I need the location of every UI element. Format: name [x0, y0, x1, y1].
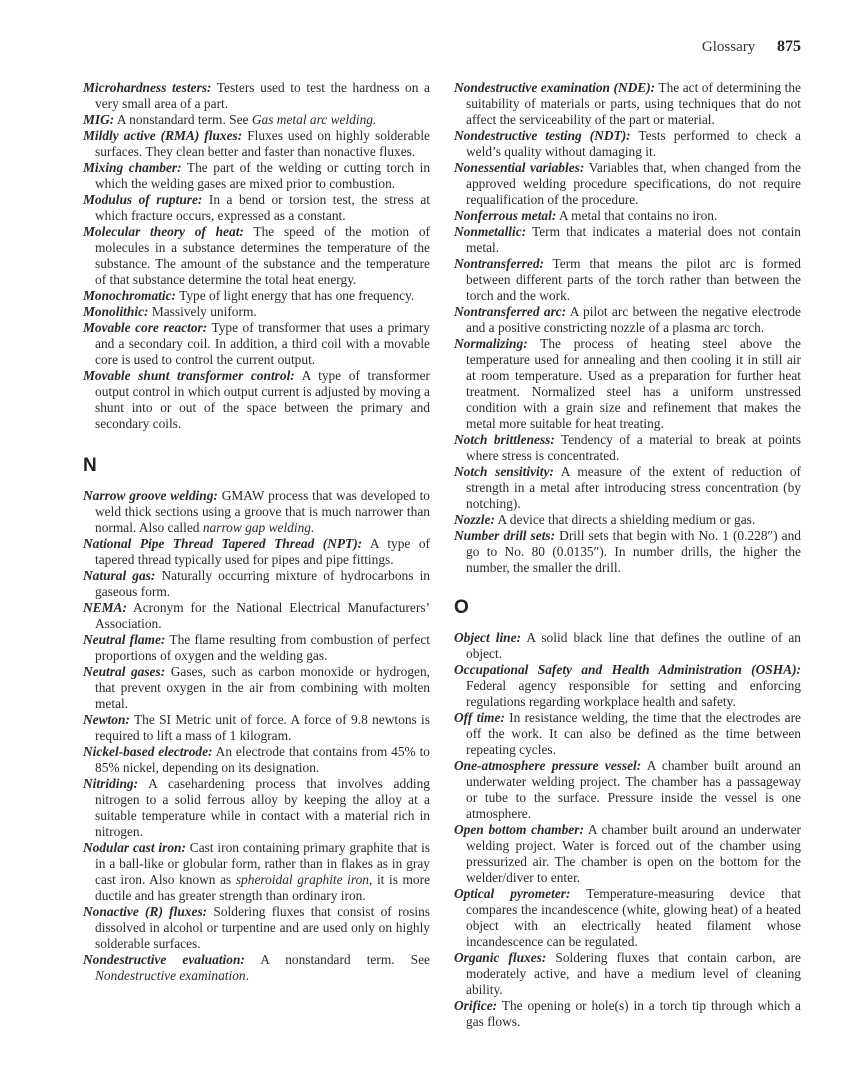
glossary-entry: Optical pyrometer: Temperature-measuring…	[454, 886, 801, 950]
glossary-term: Object line:	[454, 630, 521, 645]
section-letter-n: N	[83, 456, 430, 476]
glossary-term: NEMA:	[83, 600, 127, 615]
glossary-entry: Movable core reactor: Type of transforme…	[83, 320, 430, 368]
right-column: Nondestructive examination (NDE): The ac…	[454, 80, 801, 1030]
glossary-definition: Federal agency responsible for setting a…	[466, 678, 801, 709]
glossary-term: Number drill sets:	[454, 528, 555, 543]
glossary-entry: National Pipe Thread Tapered Thread (NPT…	[83, 536, 430, 568]
glossary-entry: Organic fluxes: Soldering fluxes that co…	[454, 950, 801, 998]
cross-reference: narrow gap welding.	[203, 520, 314, 535]
section-letter-o: O	[454, 598, 801, 618]
glossary-definition: Acronym for the National Electrical Manu…	[95, 600, 430, 631]
glossary-term: Occupational Safety and Health Administr…	[454, 662, 801, 677]
glossary-term: Newton:	[83, 712, 130, 727]
glossary-entry: Normalizing: The process of heating stee…	[454, 336, 801, 432]
entries-n-right: Nondestructive examination (NDE): The ac…	[454, 80, 801, 576]
glossary-term: Monolithic:	[83, 304, 148, 319]
glossary-definition: A casehardening process that involves ad…	[95, 776, 430, 839]
glossary-term: Movable shunt transformer control:	[83, 368, 295, 383]
glossary-entry: One-atmosphere pressure vessel: A chambe…	[454, 758, 801, 822]
glossary-term: Normalizing:	[454, 336, 528, 351]
glossary-entry: Nontransferred: Term that means the pilo…	[454, 256, 801, 304]
glossary-term: Neutral gases:	[83, 664, 165, 679]
glossary-term: Nondestructive examination (NDE):	[454, 80, 655, 95]
running-head-title: Glossary	[702, 39, 755, 55]
glossary-entry: Mixing chamber: The part of the welding …	[83, 160, 430, 192]
glossary-entry: Neutral flame: The flame resulting from …	[83, 632, 430, 664]
glossary-definition: A device that directs a shielding medium…	[495, 512, 755, 527]
entries-n-left: Narrow groove welding: GMAW process that…	[83, 488, 430, 984]
glossary-term: Natural gas:	[83, 568, 155, 583]
glossary-entry: Nonferrous metal: A metal that contains …	[454, 208, 801, 224]
definition-tail: .	[246, 968, 249, 983]
glossary-term: Nondestructive evaluation:	[83, 952, 245, 967]
glossary-term: Nonmetallic:	[454, 224, 526, 239]
glossary-definition: A nonstandard term. See	[245, 952, 430, 967]
glossary-entry: Nondestructive evaluation: A nonstandard…	[83, 952, 430, 984]
glossary-definition: Type of light energy that has one freque…	[176, 288, 414, 303]
glossary-entry: Nickel-based electrode: An electrode tha…	[83, 744, 430, 776]
glossary-term: Nonferrous metal:	[454, 208, 556, 223]
glossary-entry: Nontransferred arc: A pilot arc between …	[454, 304, 801, 336]
glossary-entry: Molecular theory of heat: The speed of t…	[83, 224, 430, 288]
glossary-entry: Nonmetallic: Term that indicates a mater…	[454, 224, 801, 256]
glossary-entry: MIG: A nonstandard term. See Gas metal a…	[83, 112, 430, 128]
glossary-entry: Occupational Safety and Health Administr…	[454, 662, 801, 710]
glossary-term: Mixing chamber:	[83, 160, 182, 175]
glossary-term: One-atmosphere pressure vessel:	[454, 758, 641, 773]
glossary-definition: A nonstandard term. See	[114, 112, 252, 127]
glossary-entry: Nodular cast iron: Cast iron containing …	[83, 840, 430, 904]
glossary-term: Nozzle:	[454, 512, 495, 527]
cross-reference: Nondestructive examination	[95, 968, 246, 983]
glossary-term: Monochromatic:	[83, 288, 176, 303]
glossary-entry: Modulus of rupture: In a bend or torsion…	[83, 192, 430, 224]
glossary-term: Neutral flame:	[83, 632, 165, 647]
glossary-entry: Neutral gases: Gases, such as carbon mon…	[83, 664, 430, 712]
glossary-term: Notch sensitivity:	[454, 464, 554, 479]
glossary-definition: In resistance welding, the time that the…	[466, 710, 801, 757]
glossary-term: Nonactive (R) fluxes:	[83, 904, 207, 919]
glossary-entry: Nondestructive testing (NDT): Tests perf…	[454, 128, 801, 160]
glossary-entry: Nonactive (R) fluxes: Soldering fluxes t…	[83, 904, 430, 952]
glossary-entry: Nitriding: A casehardening process that …	[83, 776, 430, 840]
glossary-term: Microhardness testers:	[83, 80, 211, 95]
glossary-term: Mildly active (RMA) fluxes:	[83, 128, 242, 143]
glossary-entry: Narrow groove welding: GMAW process that…	[83, 488, 430, 536]
glossary-term: Nickel-based electrode:	[83, 744, 213, 759]
glossary-entry: Open bottom chamber: A chamber built aro…	[454, 822, 801, 886]
glossary-entry: Microhardness testers: Testers used to t…	[83, 80, 430, 112]
glossary-term: Movable core reactor:	[83, 320, 207, 335]
cross-reference: spheroidal graphite iron	[236, 872, 369, 887]
glossary-term: MIG:	[83, 112, 114, 127]
glossary-term: Nonessential variables:	[454, 160, 584, 175]
glossary-entry: Natural gas: Naturally occurring mixture…	[83, 568, 430, 600]
glossary-entry: Notch sensitivity: A measure of the exte…	[454, 464, 801, 512]
glossary-entry: Monochromatic: Type of light energy that…	[83, 288, 430, 304]
glossary-definition: A metal that contains no iron.	[556, 208, 717, 223]
page-number: 875	[777, 38, 801, 55]
glossary-term: Notch brittleness:	[454, 432, 555, 447]
glossary-entry: Nondestructive examination (NDE): The ac…	[454, 80, 801, 128]
glossary-term: Modulus of rupture:	[83, 192, 202, 207]
left-column: Microhardness testers: Testers used to t…	[83, 80, 430, 984]
entries-o: Object line: A solid black line that def…	[454, 630, 801, 1030]
glossary-entry: Nonessential variables: Variables that, …	[454, 160, 801, 208]
glossary-term: Narrow groove welding:	[83, 488, 218, 503]
cross-reference: Gas metal arc welding.	[252, 112, 376, 127]
glossary-entry: NEMA: Acronym for the National Electrica…	[83, 600, 430, 632]
glossary-term: Nontransferred:	[454, 256, 544, 271]
glossary-entry: Mildly active (RMA) fluxes: Fluxes used …	[83, 128, 430, 160]
glossary-definition: The opening or hole(s) in a torch tip th…	[466, 998, 801, 1029]
glossary-entry: Newton: The SI Metric unit of force. A f…	[83, 712, 430, 744]
glossary-term: Off time:	[454, 710, 505, 725]
glossary-term: Orifice:	[454, 998, 497, 1013]
glossary-entry: Notch brittleness: Tendency of a materia…	[454, 432, 801, 464]
glossary-term: Nodular cast iron:	[83, 840, 186, 855]
glossary-entry: Movable shunt transformer control: A typ…	[83, 368, 430, 432]
glossary-term: Open bottom chamber:	[454, 822, 584, 837]
glossary-entry: Nozzle: A device that directs a shieldin…	[454, 512, 801, 528]
glossary-entry: Object line: A solid black line that def…	[454, 630, 801, 662]
glossary-term: Nondestructive testing (NDT):	[454, 128, 631, 143]
glossary-term: Optical pyrometer:	[454, 886, 570, 901]
glossary-entry: Number drill sets: Drill sets that begin…	[454, 528, 801, 576]
glossary-term: National Pipe Thread Tapered Thread (NPT…	[83, 536, 362, 551]
glossary-term: Nontransferred arc:	[454, 304, 566, 319]
glossary-entry: Orifice: The opening or hole(s) in a tor…	[454, 998, 801, 1030]
glossary-definition: The SI Metric unit of force. A force of …	[95, 712, 430, 743]
glossary-definition: Massively uniform.	[148, 304, 256, 319]
glossary-entry: Monolithic: Massively uniform.	[83, 304, 430, 320]
glossary-entry: Off time: In resistance welding, the tim…	[454, 710, 801, 758]
glossary-term: Molecular theory of heat:	[83, 224, 244, 239]
glossary-term: Nitriding:	[83, 776, 138, 791]
running-head: Glossary 875	[702, 38, 801, 56]
glossary-term: Organic fluxes:	[454, 950, 546, 965]
entries-m: Microhardness testers: Testers used to t…	[83, 80, 430, 432]
